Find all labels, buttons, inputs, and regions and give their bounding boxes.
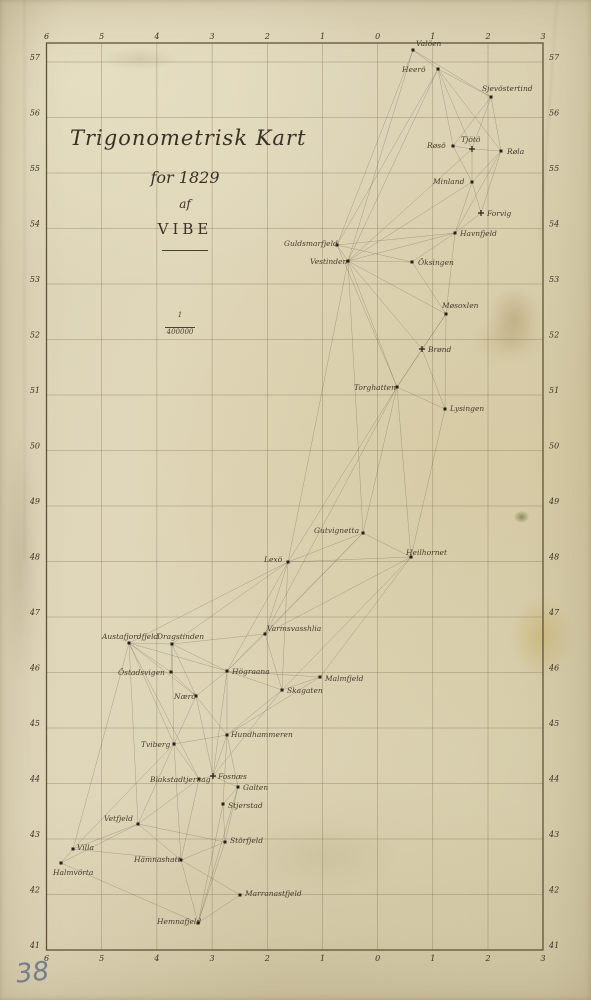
triangulation-line	[181, 860, 240, 895]
axis-label-right: 50	[549, 442, 559, 451]
axis-label-bottom: 1	[320, 954, 325, 963]
axis-label-left: 46	[29, 664, 40, 673]
station-label: Lexö	[263, 555, 283, 564]
axis-label-right: 49	[548, 497, 559, 506]
axis-label-left: 54	[30, 220, 40, 229]
axis-label-top: 3	[210, 32, 215, 41]
axis-label-right: 52	[549, 331, 559, 340]
station-label: Sjevöstertind	[482, 84, 533, 93]
triangulation-line	[481, 151, 501, 213]
station-label: Lysingen	[449, 404, 484, 413]
triangulation-line	[196, 671, 227, 696]
station-label: Dragstinden	[156, 632, 204, 641]
axis-label-left: 57	[30, 53, 41, 62]
station-label: Halmvörta	[52, 868, 93, 877]
map-title-block: Trigonometrisk Kart for 1829 af VIBE	[70, 126, 300, 251]
triangulation-line	[129, 643, 172, 644]
axis-label-left: 45	[29, 719, 40, 728]
triangulation-line	[227, 533, 363, 671]
triangulation-line	[265, 557, 411, 634]
station-marker	[173, 743, 176, 746]
triangulation-line	[363, 533, 411, 557]
station-marker	[396, 386, 399, 389]
station-marker	[72, 848, 75, 851]
triangulation-line	[225, 787, 238, 842]
station-marker	[60, 862, 63, 865]
station-label: Hundhammeren	[230, 730, 293, 739]
axis-label-left: 42	[29, 886, 40, 895]
station-marker	[490, 96, 493, 99]
station-label: Tviberg	[141, 740, 170, 749]
triangulation-line	[288, 261, 348, 562]
axis-label-left: 47	[29, 608, 41, 617]
triangulation-line	[397, 349, 422, 387]
station-marker	[287, 561, 290, 564]
station-label: Forvig	[486, 209, 512, 218]
station-marker	[471, 181, 474, 184]
axis-label-right: 48	[548, 553, 559, 562]
title-underline	[162, 250, 208, 251]
triangulation-line	[337, 245, 397, 387]
station-marker	[224, 841, 227, 844]
station-marker	[226, 670, 229, 673]
triangulation-line	[288, 387, 397, 562]
station-marker	[137, 823, 140, 826]
triangulation-line	[227, 634, 265, 671]
triangulation-line	[174, 744, 199, 779]
station-marker	[411, 261, 414, 264]
axis-label-right: 51	[549, 386, 559, 395]
triangulation-line	[491, 97, 501, 151]
station-label: Vetfjeld	[104, 814, 133, 823]
axis-label-bottom: 3	[210, 954, 215, 963]
triangulation-line	[348, 50, 413, 261]
axis-label-right: 56	[549, 109, 559, 118]
station-label: Högraana	[231, 667, 270, 676]
station-label: Störfjeld	[230, 836, 263, 845]
triangulation-line	[196, 696, 213, 776]
triangulation-line	[348, 261, 412, 262]
axis-label-right: 42	[548, 886, 559, 895]
triangulation-line	[348, 261, 397, 387]
triangulation-line	[472, 182, 481, 213]
station-marker	[226, 734, 229, 737]
triangulation-line	[227, 562, 288, 671]
triangulation-line	[174, 744, 181, 860]
triangulation-line	[348, 149, 472, 261]
axis-label-top: 5	[99, 32, 104, 41]
scanned-map-page: { "meta": { "page_number": "38" }, "titl…	[0, 0, 591, 1000]
axis-label-bottom: 0	[375, 954, 380, 963]
map-title-af: af	[70, 197, 300, 211]
station-label: Brønd	[427, 345, 451, 354]
triangulation-line	[213, 671, 227, 776]
triangulation-line	[288, 533, 363, 562]
station-label: Torghatten	[354, 383, 396, 392]
triangulation-line	[445, 314, 446, 409]
station-label: Stjerstad	[228, 801, 263, 810]
axis-label-right: 53	[549, 275, 559, 284]
station-label: Vestinden	[310, 257, 347, 266]
map-author: VIBE	[70, 220, 300, 238]
triangulation-line	[472, 149, 501, 151]
station-marker	[452, 145, 455, 148]
triangulation-line	[129, 643, 174, 744]
station-label: Östadsvigen	[118, 668, 165, 677]
station-marker	[437, 68, 440, 71]
axis-label-right: 45	[548, 719, 559, 728]
station-marker	[128, 642, 131, 645]
station-label: Fosnæs	[217, 772, 247, 781]
station-marker	[171, 643, 174, 646]
triangulation-line	[129, 562, 288, 643]
triangulation-line	[181, 779, 199, 860]
triangulation-line	[411, 409, 445, 557]
station-label: Røla	[506, 147, 524, 156]
triangulation-line	[129, 643, 199, 779]
triangulation-line	[227, 690, 282, 735]
axis-label-left: 41	[29, 941, 40, 950]
scale-denominator: 400000	[165, 327, 196, 337]
axis-label-right: 54	[549, 220, 559, 229]
axis-label-right: 55	[549, 164, 559, 173]
station-marker	[445, 313, 448, 316]
station-marker	[319, 676, 322, 679]
axis-label-left: 55	[30, 164, 40, 173]
triangulation-line	[337, 69, 438, 245]
axis-label-right: 41	[548, 941, 559, 950]
station-marker	[237, 786, 240, 789]
axis-label-left: 51	[30, 386, 40, 395]
triangulation-line	[172, 644, 196, 696]
axis-label-left: 50	[30, 442, 40, 451]
axis-label-left: 49	[29, 497, 40, 506]
triangulation-line	[198, 804, 223, 923]
triangulation-line	[363, 387, 397, 533]
map-title: Trigonometrisk Kart	[70, 126, 300, 150]
axis-label-right: 57	[549, 53, 560, 62]
axis-label-left: 48	[29, 553, 40, 562]
handwritten-page-number: 38	[15, 956, 51, 989]
axis-label-top: 2	[264, 32, 270, 41]
station-marker	[412, 49, 415, 52]
station-label: Valöen	[416, 39, 442, 48]
axis-label-bottom: 2	[264, 954, 270, 963]
axis-label-bottom: 2	[484, 954, 490, 963]
station-label: Gutvignetta	[314, 526, 359, 535]
triangulation-line	[412, 262, 446, 314]
axis-label-top: 1	[320, 32, 325, 41]
axis-label-top: 6	[44, 32, 49, 41]
axis-label-left: 44	[29, 775, 40, 784]
axis-label-right: 46	[548, 664, 559, 673]
axis-label-top: 2	[484, 32, 490, 41]
station-marker	[222, 803, 225, 806]
axis-label-bottom: 3	[540, 954, 545, 963]
station-label: Villa	[77, 843, 94, 852]
axis-label-bottom: 5	[99, 954, 104, 963]
station-label: Tjötö	[461, 135, 481, 144]
axis-label-left: 56	[30, 109, 40, 118]
station-marker	[239, 894, 242, 897]
triangulation-line	[61, 824, 138, 863]
station-cross-marker	[478, 210, 484, 216]
triangulation-line	[265, 634, 282, 690]
triangulation-line	[198, 842, 225, 923]
axis-label-left: 52	[30, 331, 40, 340]
scale-numerator: 1	[150, 312, 210, 319]
axis-label-top: 0	[375, 32, 380, 41]
station-label: Nærö	[173, 692, 196, 701]
station-label: Austafjordfjeld	[101, 632, 159, 641]
triangulation-line	[181, 842, 225, 860]
triangulation-line	[397, 387, 411, 557]
station-label: Galten	[243, 783, 268, 792]
station-marker	[500, 150, 503, 153]
station-label: Skagaten	[287, 686, 323, 695]
triangulation-line	[265, 387, 397, 634]
station-label: Hemnafjeld	[156, 917, 201, 926]
triangulation-line	[337, 50, 413, 245]
triangulation-line	[438, 69, 453, 146]
triangulation-line	[348, 261, 422, 349]
axis-label-right: 43	[548, 830, 559, 839]
map-title-year: for 1829	[70, 168, 300, 187]
axis-label-left: 43	[29, 830, 40, 839]
triangulation-line	[61, 849, 73, 863]
axis-label-right: 47	[548, 608, 560, 617]
triangulation-line	[196, 696, 227, 735]
axis-label-right: 44	[548, 775, 559, 784]
axis-label-left: 53	[30, 275, 40, 284]
axis-label-bottom: 4	[153, 954, 159, 963]
axis-label-top: 3	[540, 32, 545, 41]
station-cross-marker	[210, 773, 216, 779]
station-label: Møsoxlen	[441, 301, 479, 310]
triangulation-line	[288, 557, 411, 562]
station-label: Heerö	[401, 65, 426, 74]
triangulation-line	[348, 233, 455, 261]
map-scale: 1 400000	[150, 312, 210, 338]
triangulation-line	[138, 744, 174, 824]
station-marker	[170, 671, 173, 674]
station-marker	[362, 532, 365, 535]
triangulation-line	[198, 895, 240, 923]
station-label: Heilhornet	[405, 548, 448, 557]
station-label: Malmfjeld	[324, 674, 364, 683]
paper-sheet: 6655443322110011223357575656555554545353…	[0, 0, 591, 1000]
station-marker	[444, 408, 447, 411]
triangulation-line	[174, 735, 227, 744]
axis-label-top: 4	[153, 32, 159, 41]
station-label: Öksingen	[418, 258, 454, 267]
station-label: Minland	[432, 177, 465, 186]
triangulation-line	[174, 696, 196, 744]
station-label: Hämnashatt	[133, 855, 182, 864]
triangulation-line	[181, 860, 198, 923]
station-label: Marranastfjeld	[244, 889, 302, 898]
station-label: Blakstadtjernag	[149, 775, 211, 784]
station-marker	[454, 232, 457, 235]
axis-label-bottom: 1	[430, 954, 435, 963]
station-marker	[281, 689, 284, 692]
station-label: Røsö	[426, 141, 446, 150]
station-label: Havnfjeld	[459, 229, 497, 238]
triangulation-line	[73, 744, 174, 849]
station-label: Varmsvasshlia	[267, 624, 321, 633]
triangulation-line	[138, 779, 199, 824]
